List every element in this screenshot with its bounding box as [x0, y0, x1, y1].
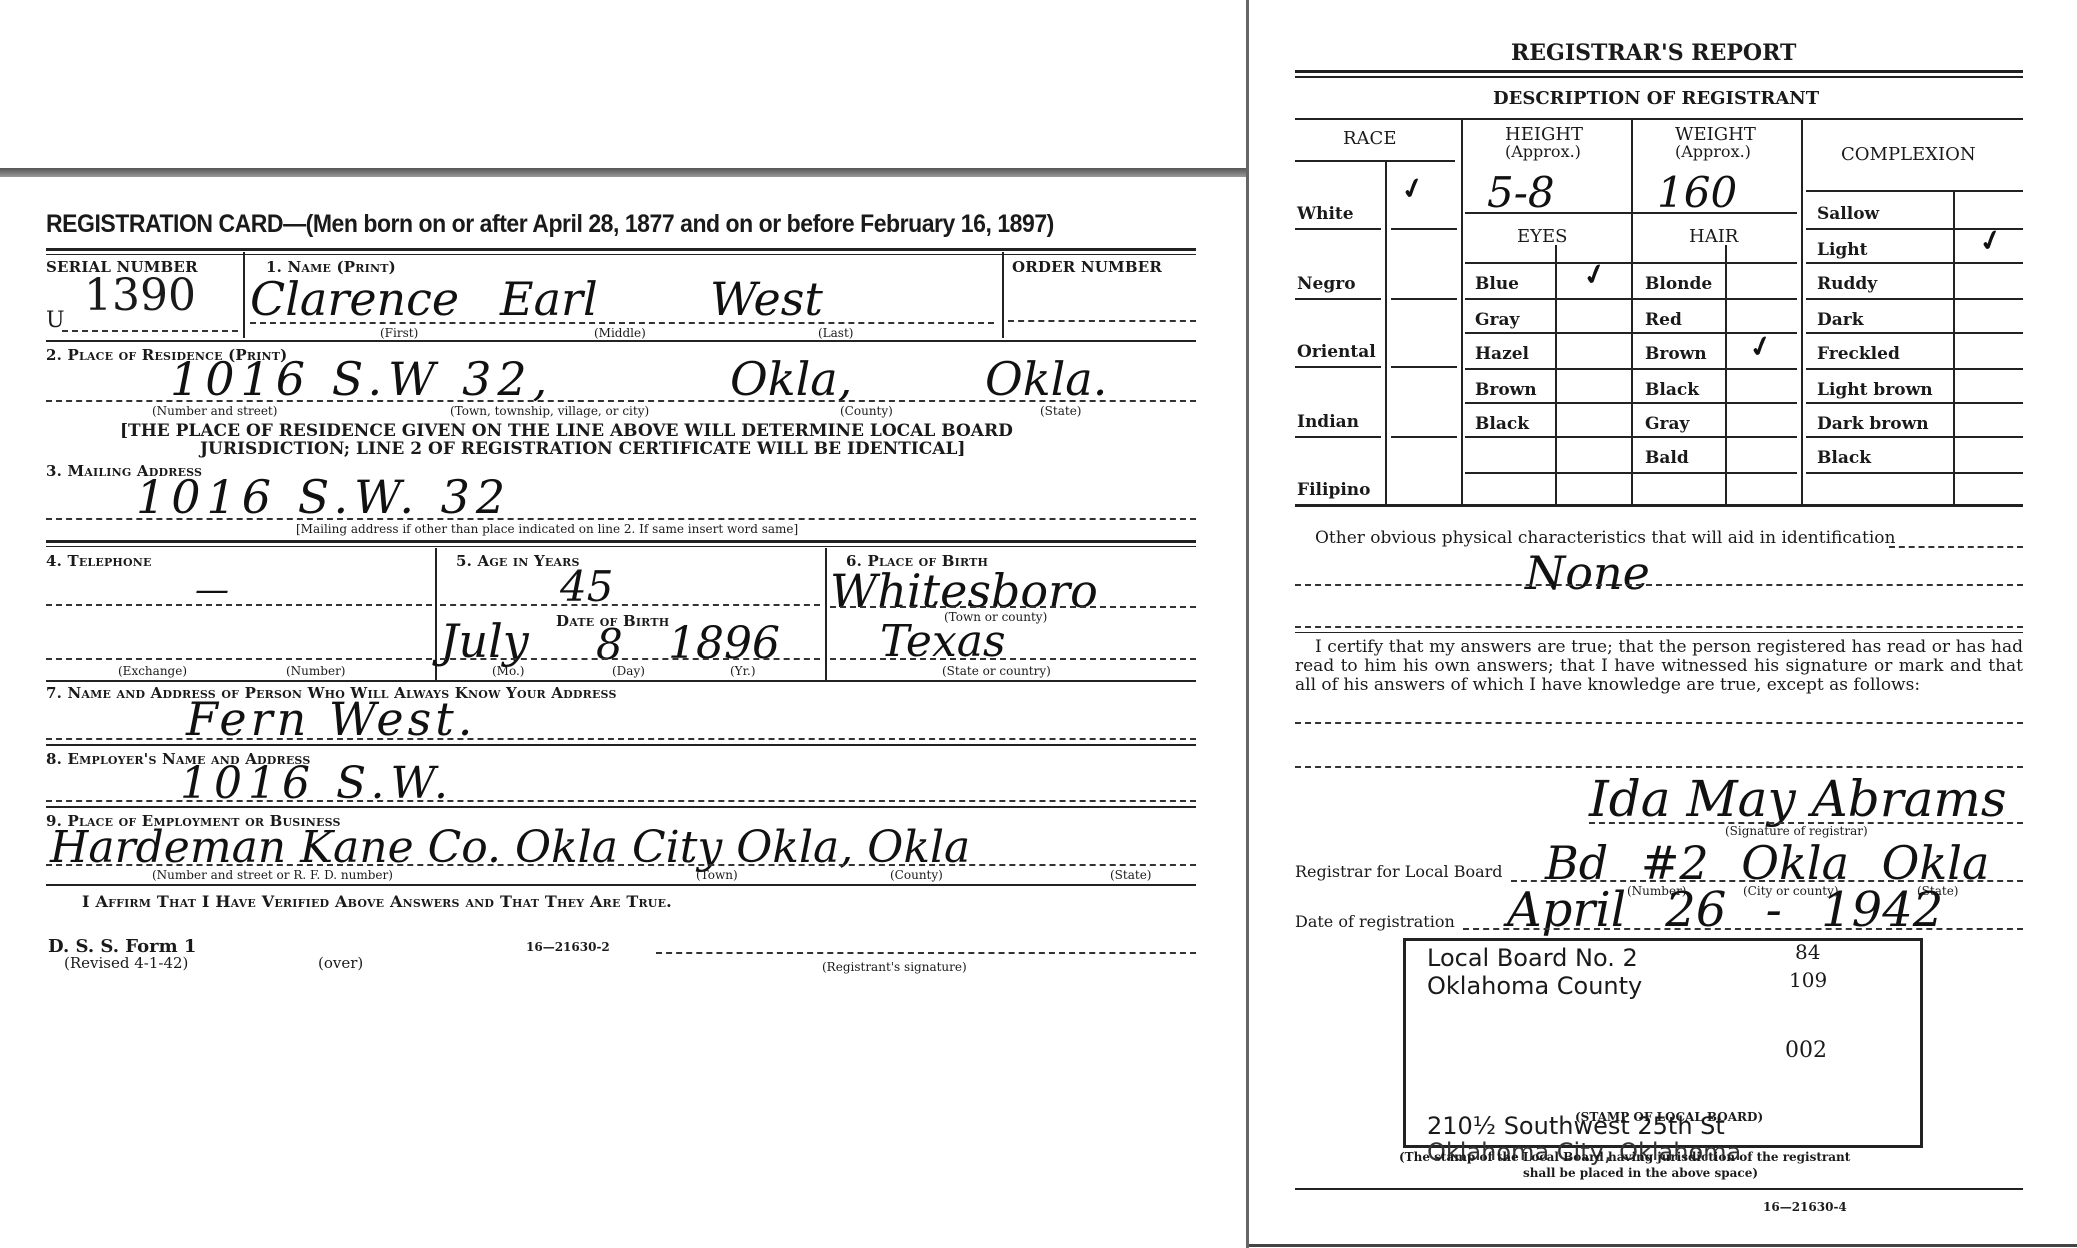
registrant-signature-line[interactable] — [656, 952, 1196, 954]
complexion-dark-brown: Dark brown — [1817, 414, 1929, 434]
c-row-rule — [1806, 402, 2023, 404]
race-check-rule — [1391, 228, 1457, 230]
eyes-check-col — [1555, 245, 1557, 505]
race-header: RACE — [1343, 128, 1396, 149]
complexion-dark: Dark — [1817, 310, 1864, 330]
birthplace-divider — [825, 548, 827, 680]
mailing-value: 1016 S.W. 32 — [136, 470, 511, 524]
card-top-edge — [0, 168, 1246, 177]
dob-day: 8 — [596, 620, 623, 669]
card-title: REGISTRATION CARD—(Men born on or after … — [46, 210, 1054, 239]
registrar-signature: Ida May Abrams — [1589, 770, 2007, 828]
residence-notice-line2: JURISDICTION; LINE 2 OF REGISTRATION CER… — [200, 439, 965, 459]
race-indian: Indian — [1297, 412, 1359, 432]
stamp-line2: Oklahoma County — [1427, 972, 1642, 1000]
dob-caption-day: (Day) — [612, 664, 645, 678]
name-first: Clarence — [250, 272, 459, 326]
residence-caption-state: (State) — [1040, 404, 1081, 418]
residence-county: Okla, — [730, 352, 852, 406]
race-row-rule — [1295, 436, 1381, 438]
name-line — [250, 322, 994, 324]
height-value: 5-8 — [1487, 168, 1555, 217]
complexion-black: Black — [1817, 448, 1871, 468]
stamp-num3: 002 — [1785, 1038, 1827, 1063]
eyes-black: Black — [1475, 414, 1529, 434]
row-rule — [46, 744, 1196, 746]
certify-statement: I certify that my answers are true; that… — [1295, 638, 2023, 695]
title-rule-2 — [1295, 76, 2023, 78]
dob-line — [440, 658, 820, 660]
telephone-caption-number: (Number) — [286, 664, 346, 678]
hw-rule — [1465, 212, 1797, 214]
race-header-rule — [1295, 160, 1455, 162]
contact-line — [46, 738, 1196, 740]
eh-row-rule — [1465, 436, 1797, 438]
race-row-rule — [1295, 228, 1381, 230]
race-check-rule — [1391, 298, 1457, 300]
race-check-rule — [1391, 436, 1457, 438]
weight-value: 160 — [1657, 168, 1737, 217]
age-divider — [435, 548, 437, 680]
eyes-header: EYES — [1517, 226, 1568, 247]
other-line-2 — [1295, 626, 2023, 628]
c-row-rule — [1806, 436, 2023, 438]
eh-row-rule — [1465, 402, 1797, 404]
telephone-line1 — [46, 604, 432, 606]
registrar-report-card: REGISTRAR'S REPORT DESCRIPTION OF REGIST… — [1246, 0, 2077, 1248]
hair-bald: Bald — [1645, 448, 1689, 468]
race-check-col — [1385, 160, 1387, 505]
name-first-caption: (First) — [380, 326, 418, 340]
name-last: West — [710, 272, 823, 326]
employment-caption-town: (Town) — [696, 868, 738, 882]
dob-year: 1896 — [668, 618, 780, 669]
c-row-rule — [1806, 332, 2023, 334]
residence-caption-county: (County) — [840, 404, 893, 418]
other-line-tail — [1889, 546, 2023, 548]
hair-gray: Gray — [1645, 414, 1689, 434]
complexion-light-brown: Light brown — [1817, 380, 1933, 400]
eyes-hair-header-rule — [1465, 262, 1797, 264]
c-row-rule — [1806, 368, 2023, 370]
complexion-header-rule — [1806, 190, 2023, 192]
residence-state: Okla. — [985, 352, 1107, 406]
exceptions-line-2[interactable] — [1295, 766, 2023, 768]
over-note: (over) — [318, 954, 363, 972]
eh-row-rule — [1465, 332, 1797, 334]
title-rule — [46, 248, 1196, 251]
employer-line — [46, 800, 1196, 802]
complexion-light: Light — [1817, 240, 1868, 260]
mailing-line — [46, 518, 1196, 520]
complexion-check-col — [1953, 190, 1955, 505]
weight-sub: (Approx.) — [1675, 142, 1751, 161]
dob-caption-yr: (Yr.) — [730, 664, 756, 678]
other-characteristics-label: Other obvious physical characteristics t… — [1315, 528, 1895, 548]
c-row-rule — [1806, 472, 2023, 474]
residence-line — [46, 400, 1196, 402]
race-filipino: Filipino — [1297, 480, 1371, 500]
telephone-caption-exchange: (Exchange) — [118, 664, 187, 678]
hair-header: HAIR — [1689, 226, 1738, 247]
employment-caption-street: (Number and street or R. F. D. number) — [152, 868, 393, 882]
race-white: White — [1297, 204, 1354, 224]
card-bottom-edge — [1249, 1244, 2077, 1247]
birthplace-state-line — [830, 658, 1196, 660]
complexion-sallow: Sallow — [1817, 204, 1879, 224]
local-board-label: Registrar for Local Board — [1295, 862, 1503, 881]
hair-black: Black — [1645, 380, 1699, 400]
eyes-blue: Blue — [1475, 274, 1519, 294]
title-rule-thin — [46, 254, 1196, 255]
registrant-signature-caption: (Registrant's signature) — [822, 960, 967, 974]
race-row-rule — [1295, 298, 1381, 300]
row-rule-thin — [46, 546, 1196, 547]
row-rule — [46, 806, 1196, 808]
race-row-rule — [1295, 366, 1381, 368]
name-middle-caption: (Middle) — [594, 326, 646, 340]
section-rule — [1295, 632, 2023, 633]
c-row-rule — [1806, 262, 2023, 264]
row-rule — [46, 540, 1196, 543]
birthplace-town-line — [830, 606, 1196, 608]
name-middle: Earl — [500, 272, 598, 326]
hair-check-col — [1725, 245, 1727, 505]
race-negro: Negro — [1297, 274, 1356, 294]
employment-caption-state: (State) — [1110, 868, 1151, 882]
eh-row-rule — [1465, 298, 1797, 300]
row-rule — [46, 680, 1196, 682]
height-sub: (Approx.) — [1505, 142, 1581, 161]
stamp-num1: 84 — [1795, 940, 1820, 964]
stamp-line1: Local Board No. 2 — [1427, 944, 1638, 972]
serial-line — [62, 330, 238, 332]
telephone-line2 — [46, 658, 432, 660]
registration-date-label: Date of registration — [1295, 912, 1455, 931]
hair-brown: Brown — [1645, 344, 1707, 364]
residence-notice-line1: [THE PLACE OF RESIDENCE GIVEN ON THE LIN… — [120, 421, 1013, 441]
col-divider — [1801, 118, 1803, 505]
registration-date-line — [1463, 928, 2023, 930]
eh-row-rule — [1465, 472, 1797, 474]
report-form-code: 16—21630-4 — [1763, 1200, 1847, 1214]
stamp-caption: (STAMP OF LOCAL BOARD) — [1575, 1110, 1763, 1124]
table-bottom-rule — [1295, 504, 2023, 507]
birthplace-state-caption: (State or country) — [942, 664, 1051, 678]
employment-line — [46, 864, 1196, 866]
order-divider — [1002, 252, 1004, 338]
other-line-1 — [1295, 584, 2023, 586]
residence-street: 1016 S.W 32, — [170, 352, 553, 406]
telephone-label: 4. Telephone — [46, 552, 152, 570]
exceptions-line-1[interactable] — [1295, 722, 2023, 724]
complexion-header: COMPLEXION — [1841, 144, 1976, 165]
mailing-caption: [Mailing address if other than place ind… — [296, 522, 798, 536]
c-row-rule — [1806, 298, 2023, 300]
eyes-brown: Brown — [1475, 380, 1537, 400]
age-line — [440, 604, 820, 606]
eh-row-rule — [1465, 368, 1797, 370]
employment-caption-county: (County) — [890, 868, 943, 882]
complexion-freckled: Freckled — [1817, 344, 1900, 364]
order-number-line — [1008, 320, 1196, 322]
race-oriental: Oriental — [1297, 342, 1376, 362]
table-top-rule — [1295, 118, 2023, 120]
hair-red: Red — [1645, 310, 1682, 330]
stamp-num2: 109 — [1789, 968, 1827, 992]
race-check-rule — [1391, 366, 1457, 368]
stamp-note-line1: (The stamp of the Local Board having jur… — [1399, 1150, 1850, 1164]
affirm-statement: I Affirm That I Have Verified Above Answ… — [82, 892, 672, 911]
title-rule — [1295, 70, 2023, 73]
form-code: 16—21630-2 — [526, 940, 610, 954]
residence-caption-street: (Number and street) — [152, 404, 277, 418]
col-divider — [1461, 118, 1463, 505]
name-last-caption: (Last) — [818, 326, 853, 340]
race-white-check[interactable]: ✓ — [1397, 170, 1428, 208]
row-rule — [46, 884, 1196, 886]
c-row-rule — [1806, 228, 2023, 230]
serial-divider — [243, 252, 245, 338]
row-rule — [46, 340, 1196, 342]
eyes-gray: Gray — [1475, 310, 1519, 330]
report-subtitle: DESCRIPTION OF REGISTRANT — [1493, 88, 1819, 109]
form-revised: (Revised 4-1-42) — [64, 954, 188, 972]
order-number-label: ORDER NUMBER — [1012, 258, 1162, 276]
eyes-hazel: Hazel — [1475, 344, 1529, 364]
col-divider — [1631, 118, 1633, 505]
dob-caption-mo: (Mo.) — [492, 664, 524, 678]
residence-caption-town: (Town, township, village, or city) — [450, 404, 649, 418]
serial-number-value: 1390 — [84, 270, 196, 321]
complexion-ruddy: Ruddy — [1817, 274, 1877, 294]
report-title: REGISTRAR'S REPORT — [1511, 40, 1796, 66]
stamp-note-line2: shall be placed in the above space) — [1523, 1166, 1758, 1180]
bottom-rule — [1295, 1188, 2023, 1190]
hair-blonde: Blonde — [1645, 274, 1712, 294]
other-characteristics-value: None — [1525, 546, 1650, 600]
